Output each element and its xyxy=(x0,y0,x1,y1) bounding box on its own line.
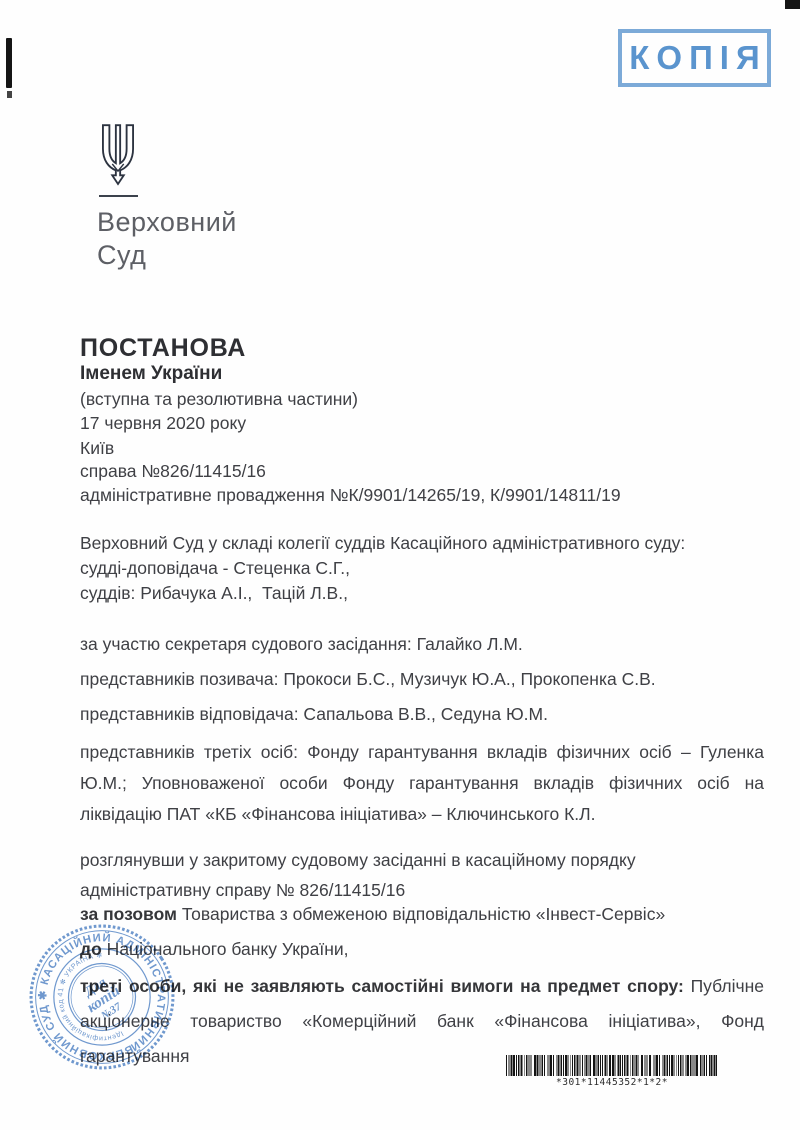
judges: суддів: Рибачука А.І., Тацій Л.В., xyxy=(80,583,348,604)
org-name: Верховний Суд xyxy=(97,206,237,272)
plaintiff-reps: представників позивача: Прокоси Б.С., Му… xyxy=(80,669,656,690)
court-seal: ВЕРХОВНИЙ СУД ✱ КАСАЦІЙНИЙ АДМІНІСТРАТИВ… xyxy=(26,921,178,1073)
third-party-reps: представників третіх осіб: Фонду гаранту… xyxy=(80,737,764,830)
scan-artifact-corner xyxy=(785,0,800,9)
considered-paragraph: розглянувши у закритому судовому засідан… xyxy=(80,845,764,905)
copy-stamp-label: КОПІЯ xyxy=(629,39,766,77)
logo-divider xyxy=(99,195,138,197)
claim-text: Товариства з обмеженою відповідальністю … xyxy=(177,904,665,924)
org-name-line1: Верховний xyxy=(97,206,237,239)
proceeding-number: адміністративне провадження №К/9901/1426… xyxy=(80,485,621,506)
decision-date: 17 червня 2020 року xyxy=(80,413,246,434)
scanned-court-document: КОПІЯ Верховний Суд ПОСТАНОВА Іменем Укр… xyxy=(0,0,800,1130)
copy-stamp: КОПІЯ xyxy=(618,29,771,87)
barcode xyxy=(506,1055,718,1076)
court-composition: Верховний Суд у складі колегії суддів Ка… xyxy=(80,533,685,554)
judge-rapporteur: судді-доповідача - Стеценка С.Г., xyxy=(80,558,350,579)
scan-artifact-left-bar xyxy=(6,38,12,88)
city: Київ xyxy=(80,438,114,459)
defendant-paragraph: до Національного банку України, xyxy=(80,939,764,960)
defendant-reps: представників відповідача: Сапальова В.В… xyxy=(80,704,548,725)
barcode-text: *301*11445352*1*2* xyxy=(506,1077,718,1088)
title-note: (вступна та резолютивна частини) xyxy=(80,389,358,410)
document-title: ПОСТАНОВА xyxy=(80,334,246,363)
claim-paragraph: за позовом Товариства з обмеженою відпов… xyxy=(80,904,764,925)
scan-artifact-left-dot xyxy=(7,91,12,98)
trident-icon xyxy=(96,123,140,189)
secretary: за участю секретаря судового засідання: … xyxy=(80,634,523,655)
case-number: справа №826/11415/16 xyxy=(80,461,266,482)
document-subtitle: Іменем України xyxy=(80,363,222,385)
org-name-line2: Суд xyxy=(97,239,237,272)
